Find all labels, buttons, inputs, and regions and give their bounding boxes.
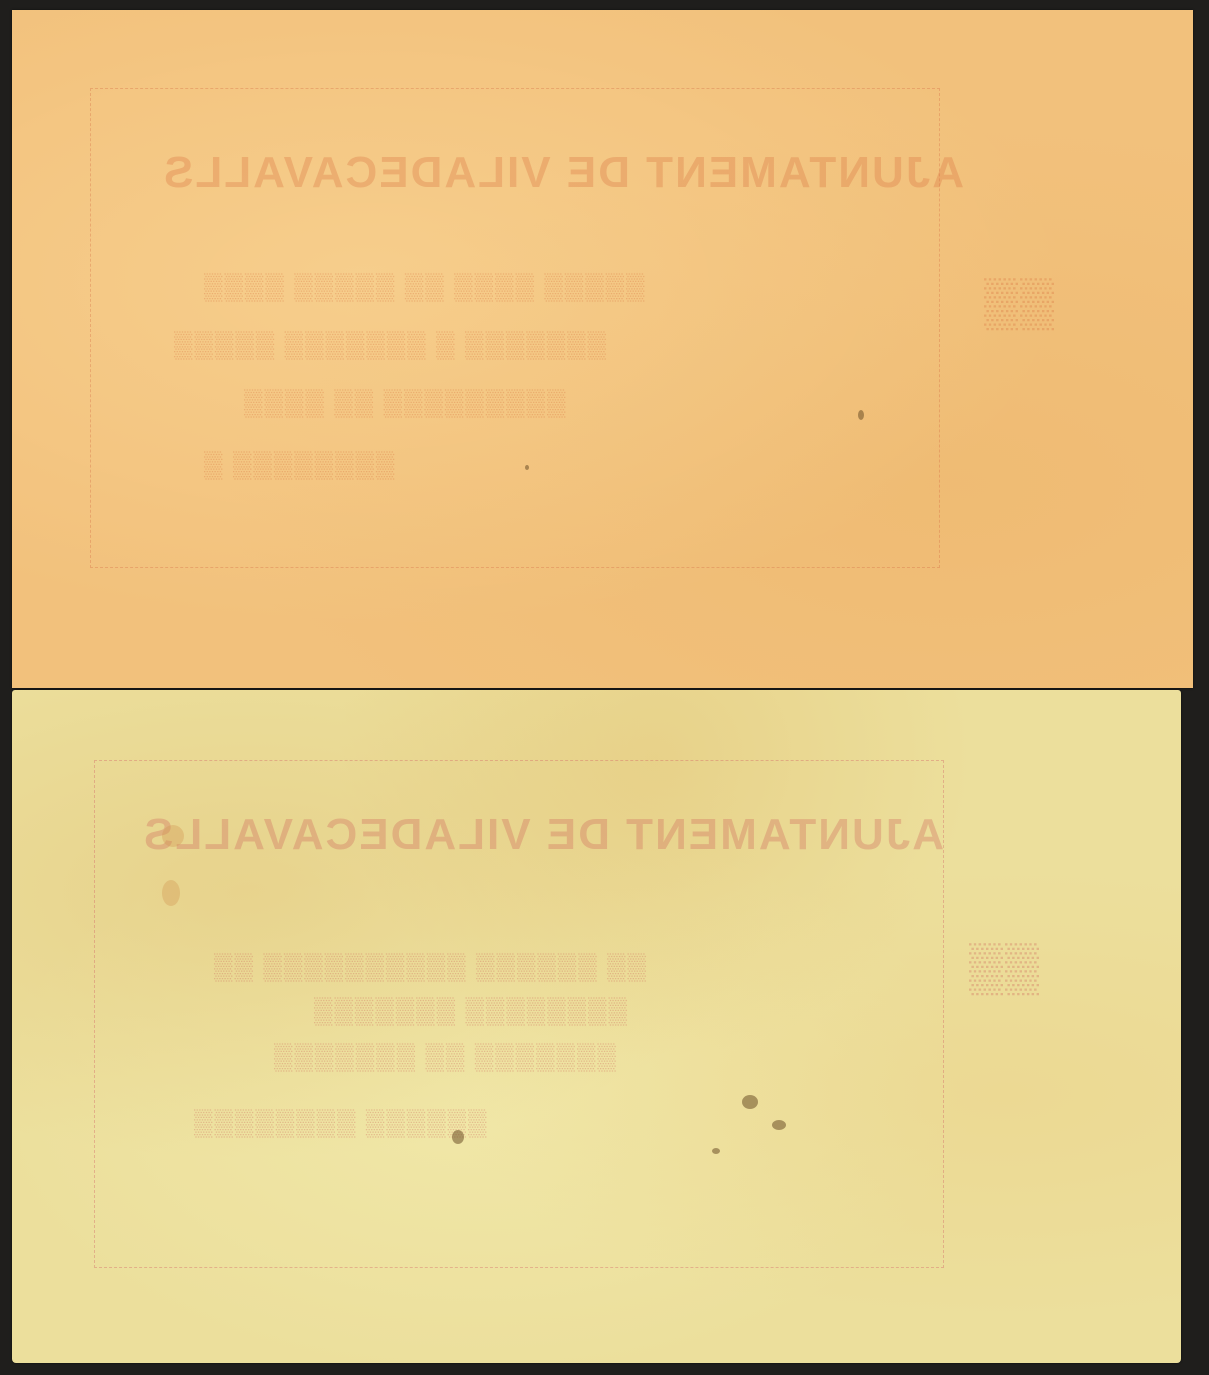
paper-spot xyxy=(525,465,529,470)
mirrored-value: ▒▒ xyxy=(982,275,1054,330)
mirrored-heading: AJUNTAMENT DE VILADECAVALLS xyxy=(142,810,944,860)
mirrored-text-line: ▒▒▒▒▒▒ ▒▒▒▒▒▒▒▒ xyxy=(192,1108,486,1138)
mirrored-text-line: ▒▒▒▒▒▒▒▒ ▒▒▒▒▒▒▒ xyxy=(312,996,627,1026)
age-stain xyxy=(162,825,184,847)
banknote-top-reverse: AJUNTAMENT DE VILADECAVALLS ▒▒▒▒▒ ▒▒▒▒ ▒… xyxy=(12,10,1193,688)
dirt-stain xyxy=(742,1095,758,1109)
dirt-stain xyxy=(452,1130,464,1144)
mirrored-text-line: ▒▒ ▒▒▒▒▒▒ ▒▒▒▒▒▒▒▒▒▒ ▒▒ xyxy=(212,952,646,982)
age-stain xyxy=(162,880,180,906)
dirt-stain xyxy=(712,1148,720,1154)
mirrored-text-line: ▒▒▒▒▒▒▒ ▒ ▒▒▒▒▒▒▒ ▒▒▒▒▒ xyxy=(172,330,606,360)
banknote-bottom-reverse: AJUNTAMENT DE VILADECAVALLS ▒▒ ▒▒▒▒▒▒ ▒▒… xyxy=(12,690,1181,1363)
paper-spot xyxy=(858,410,864,420)
mirrored-text-line: ▒▒▒▒▒ ▒▒▒▒ ▒▒ ▒▒▒▒▒ ▒▒▒▒ xyxy=(202,272,644,302)
mirrored-text-line: ▒▒▒▒▒▒▒▒▒ ▒▒ ▒▒▒▒ xyxy=(242,388,565,418)
dirt-stain xyxy=(772,1120,786,1130)
mirrored-text-line: ▒▒▒▒▒▒▒▒ ▒ xyxy=(202,450,394,480)
mirrored-value: ▒▒ xyxy=(967,940,1039,995)
mirrored-heading: AJUNTAMENT DE VILADECAVALLS xyxy=(162,148,964,198)
mirrored-text-line: ▒▒▒▒▒▒▒ ▒▒ ▒▒▒▒▒▒▒ xyxy=(272,1042,616,1072)
